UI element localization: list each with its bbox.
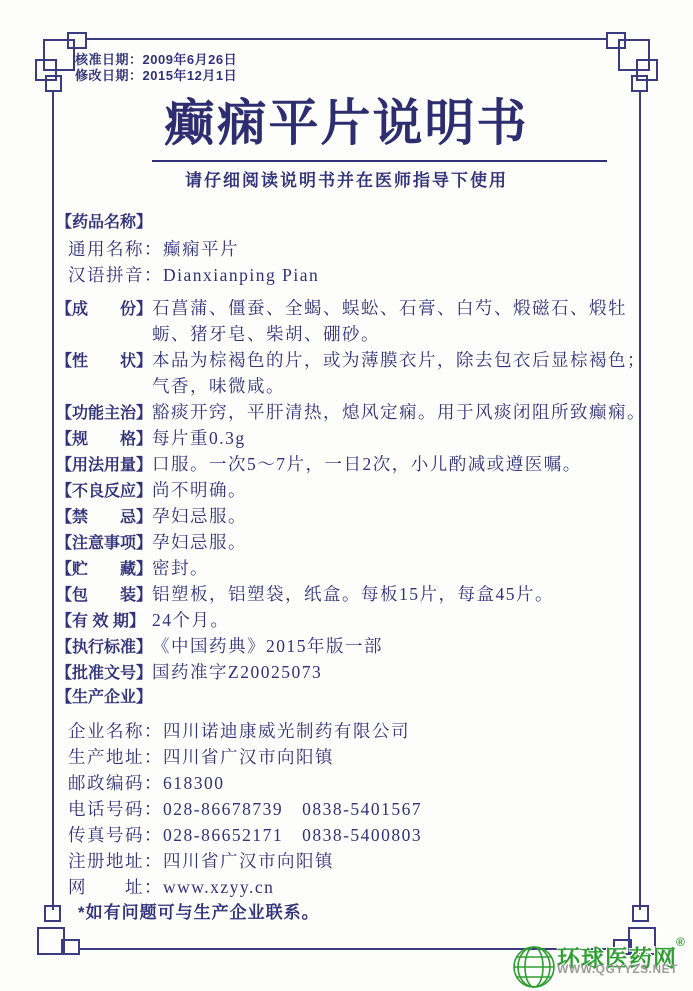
company-name: 企业名称：四川诺迪康威光制药有限公司 bbox=[68, 721, 410, 741]
section-row: 传真号码：028-86652171 0838-5400803 bbox=[56, 822, 644, 848]
section-row-standard: 【执行标准】《中国药典》2015年版一部 bbox=[56, 633, 644, 659]
production-address: 生产地址：四川省广汉市向阳镇 bbox=[68, 747, 334, 767]
section-row-manufacturer: 【生产企业】 bbox=[56, 685, 644, 711]
section-label: 【规 格】 bbox=[56, 427, 152, 453]
section-row: 注册地址：四川省广汉市向阳镇 bbox=[56, 848, 644, 874]
section-row-indications: 【功能主治】豁痰开窍，平肝清热，熄风定痫。用于风痰闭阻所致癫痫。 bbox=[56, 399, 644, 425]
section-content: 石菖蒲、僵蚕、全蝎、蜈蚣、石膏、白芍、煅磁石、煅牡 bbox=[152, 298, 627, 318]
section-row: 气香，味微咸。 bbox=[56, 373, 644, 399]
modified-date: 修改日期：2015年12月1日 bbox=[75, 68, 237, 84]
section-label: 【注意事项】 bbox=[56, 531, 152, 557]
section-content: 孕妇忌服。 bbox=[152, 532, 247, 552]
section-label: 【执行标准】 bbox=[56, 635, 152, 661]
section-content: 《中国药典》2015年版一部 bbox=[152, 636, 383, 656]
section-row: 网 址：www.xzyy.cn bbox=[56, 874, 644, 900]
title-underline bbox=[152, 160, 607, 162]
section-label: 【药品名称】 bbox=[56, 210, 152, 236]
section-row: 通用名称：癫痫平片 bbox=[56, 236, 644, 262]
section-content: 24个月。 bbox=[152, 610, 230, 630]
section-label: 【用法用量】 bbox=[56, 453, 152, 479]
section-content: 蛎、猪牙皂、柴胡、硼砂。 bbox=[152, 324, 380, 344]
section-row: 邮政编码：618300 bbox=[56, 770, 644, 796]
approval-dates: 核准日期：2009年6月26日 修改日期：2015年12月1日 bbox=[75, 52, 237, 84]
leaflet-title: 癫痫平片说明书 bbox=[0, 96, 693, 150]
section-row-storage: 【贮 藏】密封。 bbox=[56, 555, 644, 581]
fax-numbers: 传真号码：028-86652171 0838-5400803 bbox=[68, 825, 422, 845]
section-row-drug-name: 【药品名称】 bbox=[56, 210, 644, 236]
footnote: *如有问题可与生产企业联系。 bbox=[56, 900, 644, 926]
section-label: 【功能主治】 bbox=[56, 401, 152, 427]
section-row: 生产地址：四川省广汉市向阳镇 bbox=[56, 744, 644, 770]
section-row-shelf-life: 【有 效 期】24个月。 bbox=[56, 607, 644, 633]
approved-date: 核准日期：2009年6月26日 bbox=[75, 52, 237, 68]
registered-address: 注册地址：四川省广汉市向阳镇 bbox=[68, 851, 334, 871]
section-label: 【不良反应】 bbox=[56, 479, 152, 505]
generic-name: 通用名称：癫痫平片 bbox=[68, 239, 239, 259]
brand-name: 环球医药网 bbox=[557, 940, 677, 973]
section-content: 铝塑板，铝塑袋，纸盒。每板15片，每盒45片。 bbox=[152, 584, 554, 604]
registered-trademark-mark: ® bbox=[676, 935, 685, 949]
section-content: 口服。一次5～7片，一日2次，小儿酌减或遵医嘱。 bbox=[152, 454, 582, 474]
postal-code: 邮政编码：618300 bbox=[68, 773, 225, 793]
section-content: 国药准字Z20025073 bbox=[152, 662, 322, 682]
section-row-adverse-reactions: 【不良反应】尚不明确。 bbox=[56, 477, 644, 503]
section-content: 密封。 bbox=[152, 558, 209, 578]
section-row: 电话号码：028-86678739 0838-5401567 bbox=[56, 796, 644, 822]
section-content: 本品为棕褐色的片，或为薄膜衣片，除去包衣后显棕褐色； bbox=[152, 350, 646, 370]
section-content: 豁痰开窍，平肝清热，熄风定痫。用于风痰闭阻所致癫痫。 bbox=[152, 402, 646, 422]
leaflet-warning-subtitle: 请仔细阅读说明书并在医师指导下使用 bbox=[0, 166, 693, 191]
drug-leaflet-page: 核准日期：2009年6月26日 修改日期：2015年12月1日 癫痫平片说明书 … bbox=[0, 0, 693, 991]
section-row-ingredients: 【成 份】石菖蒲、僵蚕、全蝎、蜈蚣、石膏、白芍、煅磁石、煅牡 bbox=[56, 295, 644, 321]
pinyin-name: 汉语拼音：Dianxianping Pian bbox=[68, 265, 319, 285]
section-label: 【有 效 期】 bbox=[56, 609, 152, 635]
globe-icon bbox=[511, 944, 557, 990]
brand-url: WWW.QGYYZS.NET bbox=[557, 962, 678, 976]
section-label: 【禁 忌】 bbox=[56, 505, 152, 531]
section-label: 【包 装】 bbox=[56, 583, 152, 609]
section-row-strength: 【规 格】每片重0.3g bbox=[56, 425, 644, 451]
website-url: 网 址：www.xzyy.cn bbox=[68, 877, 274, 897]
section-row-packaging: 【包 装】铝塑板，铝塑袋，纸盒。每板15片，每盒45片。 bbox=[56, 581, 644, 607]
section-row-description: 【性 状】本品为棕褐色的片，或为薄膜衣片，除去包衣后显棕褐色； bbox=[56, 347, 644, 373]
section-content: 气香，味微咸。 bbox=[152, 376, 285, 396]
section-row-dosage: 【用法用量】口服。一次5～7片，一日2次，小儿酌减或遵医嘱。 bbox=[56, 451, 644, 477]
section-row-approval-number: 【批准文号】国药准字Z20025073 bbox=[56, 659, 644, 685]
section-label: 【成 份】 bbox=[56, 297, 152, 323]
section-row: 企业名称：四川诺迪康威光制药有限公司 bbox=[56, 718, 644, 744]
leaflet-body: 【药品名称】 通用名称：癫痫平片 汉语拼音：Dianxianping Pian … bbox=[56, 210, 644, 926]
section-label: 【批准文号】 bbox=[56, 661, 152, 687]
section-content: 每片重0.3g bbox=[152, 428, 246, 448]
section-row-precautions: 【注意事项】孕妇忌服。 bbox=[56, 529, 644, 555]
section-label: 【生产企业】 bbox=[56, 685, 152, 711]
section-row: 蛎、猪牙皂、柴胡、硼砂。 bbox=[56, 321, 644, 347]
section-row-contraindications: 【禁 忌】孕妇忌服。 bbox=[56, 503, 644, 529]
section-label: 【性 状】 bbox=[56, 349, 152, 375]
phone-numbers: 电话号码：028-86678739 0838-5401567 bbox=[68, 799, 422, 819]
section-content: 尚不明确。 bbox=[152, 480, 247, 500]
section-label: 【贮 藏】 bbox=[56, 557, 152, 583]
section-row: 汉语拼音：Dianxianping Pian bbox=[56, 262, 644, 288]
section-content: 孕妇忌服。 bbox=[152, 506, 247, 526]
